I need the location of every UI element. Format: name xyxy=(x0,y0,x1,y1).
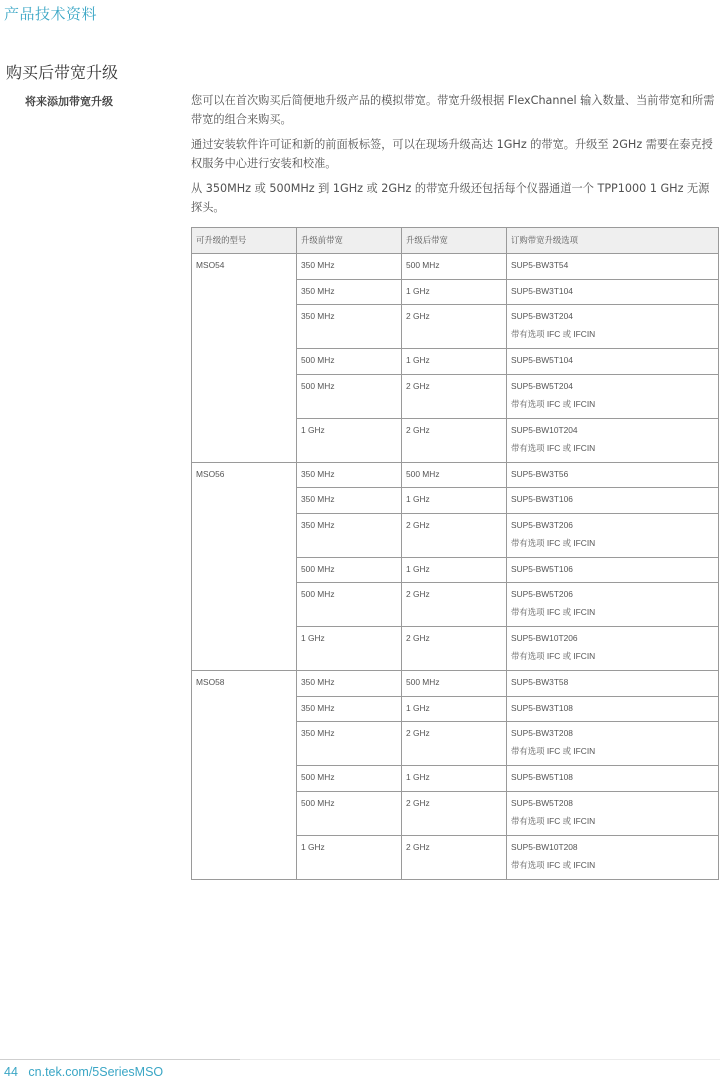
option-code: SUP5-BW10T204 xyxy=(511,425,578,435)
cell-bandwidth-before: 1 GHz xyxy=(297,627,402,671)
cell-option: SUP5-BW5T104 xyxy=(507,349,719,375)
table-header-row: 可升级的型号 升级前带宽 升级后带宽 订购带宽升级选项 xyxy=(192,228,719,254)
option-note: 带有选项 IFC 或 IFCIN xyxy=(511,745,714,757)
cell-option: SUP5-BW3T104 xyxy=(507,279,719,305)
header-before: 升级前带宽 xyxy=(297,228,402,254)
option-code: SUP5-BW3T54 xyxy=(511,260,568,270)
table-row: MSO56350 MHz500 MHzSUP5-BW3T56 xyxy=(192,462,719,488)
cell-option: SUP5-BW10T208带有选项 IFC 或 IFCIN xyxy=(507,835,719,879)
cell-option: SUP5-BW3T106 xyxy=(507,488,719,514)
cell-bandwidth-before: 350 MHz xyxy=(297,722,402,766)
option-code: SUP5-BW3T106 xyxy=(511,494,573,504)
paragraph-2: 通过安装软件许可证和新的前面板标签，可以在现场升级高达 1GHz 的带宽。升级至… xyxy=(191,136,719,173)
cell-bandwidth-before: 500 MHz xyxy=(297,791,402,835)
cell-bandwidth-after: 2 GHz xyxy=(402,305,507,349)
cell-option: SUP5-BW10T206带有选项 IFC 或 IFCIN xyxy=(507,627,719,671)
cell-bandwidth-after: 500 MHz xyxy=(402,254,507,280)
footer-url-link[interactable]: cn.tek.com/5SeriesMSO xyxy=(28,1065,163,1079)
option-code: SUP5-BW5T108 xyxy=(511,772,573,782)
cell-option: SUP5-BW3T208带有选项 IFC 或 IFCIN xyxy=(507,722,719,766)
cell-bandwidth-after: 1 GHz xyxy=(402,279,507,305)
header-option: 订购带宽升级选项 xyxy=(507,228,719,254)
cell-bandwidth-before: 350 MHz xyxy=(297,305,402,349)
cell-option: SUP5-BW3T58 xyxy=(507,671,719,697)
section-title: 购买后带宽升级 xyxy=(6,60,118,83)
cell-bandwidth-before: 500 MHz xyxy=(297,583,402,627)
cell-option: SUP5-BW3T54 xyxy=(507,254,719,280)
cell-bandwidth-after: 2 GHz xyxy=(402,627,507,671)
cell-option: SUP5-BW5T208带有选项 IFC 或 IFCIN xyxy=(507,791,719,835)
cell-bandwidth-before: 350 MHz xyxy=(297,671,402,697)
cell-bandwidth-after: 500 MHz xyxy=(402,462,507,488)
option-note: 带有选项 IFC 或 IFCIN xyxy=(511,815,714,827)
cell-bandwidth-after: 2 GHz xyxy=(402,374,507,418)
cell-bandwidth-after: 2 GHz xyxy=(402,583,507,627)
table-body: MSO54350 MHz500 MHzSUP5-BW3T54350 MHz1 G… xyxy=(192,254,719,880)
table-row: MSO58350 MHz500 MHzSUP5-BW3T58 xyxy=(192,671,719,697)
option-code: SUP5-BW3T208 xyxy=(511,728,573,738)
cell-option: SUP5-BW10T204带有选项 IFC 或 IFCIN xyxy=(507,418,719,462)
cell-option: SUP5-BW5T204带有选项 IFC 或 IFCIN xyxy=(507,374,719,418)
cell-bandwidth-before: 500 MHz xyxy=(297,349,402,375)
option-note: 带有选项 IFC 或 IFCIN xyxy=(511,398,714,410)
cell-bandwidth-after: 1 GHz xyxy=(402,696,507,722)
page-number: 44 xyxy=(4,1065,18,1079)
option-note: 带有选项 IFC 或 IFCIN xyxy=(511,606,714,618)
option-code: SUP5-BW5T204 xyxy=(511,381,573,391)
cell-option: SUP5-BW5T106 xyxy=(507,557,719,583)
cell-model: MSO56 xyxy=(192,462,297,671)
cell-bandwidth-after: 1 GHz xyxy=(402,766,507,792)
option-code: SUP5-BW3T206 xyxy=(511,520,573,530)
option-note: 带有选项 IFC 或 IFCIN xyxy=(511,537,714,549)
cell-option: SUP5-BW3T108 xyxy=(507,696,719,722)
option-code: SUP5-BW10T206 xyxy=(511,633,578,643)
cell-model: MSO58 xyxy=(192,671,297,880)
cell-bandwidth-before: 500 MHz xyxy=(297,557,402,583)
side-label: 将来添加带宽升级 xyxy=(25,93,113,109)
cell-option: SUP5-BW5T108 xyxy=(507,766,719,792)
cell-option: SUP5-BW5T206带有选项 IFC 或 IFCIN xyxy=(507,583,719,627)
option-note: 带有选项 IFC 或 IFCIN xyxy=(511,328,714,340)
cell-bandwidth-after: 2 GHz xyxy=(402,722,507,766)
cell-bandwidth-after: 1 GHz xyxy=(402,349,507,375)
cell-bandwidth-before: 500 MHz xyxy=(297,374,402,418)
cell-bandwidth-before: 500 MHz xyxy=(297,766,402,792)
header-model: 可升级的型号 xyxy=(192,228,297,254)
option-code: SUP5-BW3T58 xyxy=(511,677,568,687)
cell-option: SUP5-BW3T56 xyxy=(507,462,719,488)
option-code: SUP5-BW5T106 xyxy=(511,564,573,574)
body-text: 您可以在首次购买后简便地升级产品的模拟带宽。带宽升级根据 FlexChannel… xyxy=(191,92,719,224)
paragraph-1: 您可以在首次购买后简便地升级产品的模拟带宽。带宽升级根据 FlexChannel… xyxy=(191,92,719,129)
cell-bandwidth-after: 2 GHz xyxy=(402,835,507,879)
cell-bandwidth-before: 350 MHz xyxy=(297,279,402,305)
bandwidth-upgrade-table: 可升级的型号 升级前带宽 升级后带宽 订购带宽升级选项 MSO54350 MHz… xyxy=(191,227,719,880)
option-code: SUP5-BW3T104 xyxy=(511,286,573,296)
option-code: SUP5-BW10T208 xyxy=(511,842,578,852)
cell-option: SUP5-BW3T206带有选项 IFC 或 IFCIN xyxy=(507,513,719,557)
cell-bandwidth-before: 1 GHz xyxy=(297,835,402,879)
paragraph-3: 从 350MHz 或 500MHz 到 1GHz 或 2GHz 的带宽升级还包括… xyxy=(191,180,719,217)
option-code: SUP5-BW5T208 xyxy=(511,798,573,808)
cell-bandwidth-before: 350 MHz xyxy=(297,696,402,722)
option-code: SUP5-BW3T108 xyxy=(511,703,573,713)
option-code: SUP5-BW3T204 xyxy=(511,311,573,321)
option-note: 带有选项 IFC 或 IFCIN xyxy=(511,650,714,662)
footer-divider-light xyxy=(240,1059,720,1060)
option-code: SUP5-BW3T56 xyxy=(511,469,568,479)
table-row: MSO54350 MHz500 MHzSUP5-BW3T54 xyxy=(192,254,719,280)
option-note: 带有选项 IFC 或 IFCIN xyxy=(511,442,714,454)
cell-model: MSO54 xyxy=(192,254,297,463)
cell-bandwidth-before: 350 MHz xyxy=(297,254,402,280)
cell-bandwidth-before: 350 MHz xyxy=(297,488,402,514)
cell-option: SUP5-BW3T204带有选项 IFC 或 IFCIN xyxy=(507,305,719,349)
cell-bandwidth-before: 350 MHz xyxy=(297,513,402,557)
document-header-title: 产品技术资料 xyxy=(4,3,97,24)
option-code: SUP5-BW5T206 xyxy=(511,589,573,599)
cell-bandwidth-after: 500 MHz xyxy=(402,671,507,697)
header-after: 升级后带宽 xyxy=(402,228,507,254)
cell-bandwidth-before: 350 MHz xyxy=(297,462,402,488)
option-code: SUP5-BW5T104 xyxy=(511,355,573,365)
cell-bandwidth-after: 1 GHz xyxy=(402,488,507,514)
cell-bandwidth-after: 1 GHz xyxy=(402,557,507,583)
footer: 44 cn.tek.com/5SeriesMSO xyxy=(4,1065,163,1079)
footer-divider xyxy=(0,1059,240,1060)
cell-bandwidth-after: 2 GHz xyxy=(402,791,507,835)
cell-bandwidth-after: 2 GHz xyxy=(402,418,507,462)
option-note: 带有选项 IFC 或 IFCIN xyxy=(511,859,714,871)
cell-bandwidth-before: 1 GHz xyxy=(297,418,402,462)
cell-bandwidth-after: 2 GHz xyxy=(402,513,507,557)
